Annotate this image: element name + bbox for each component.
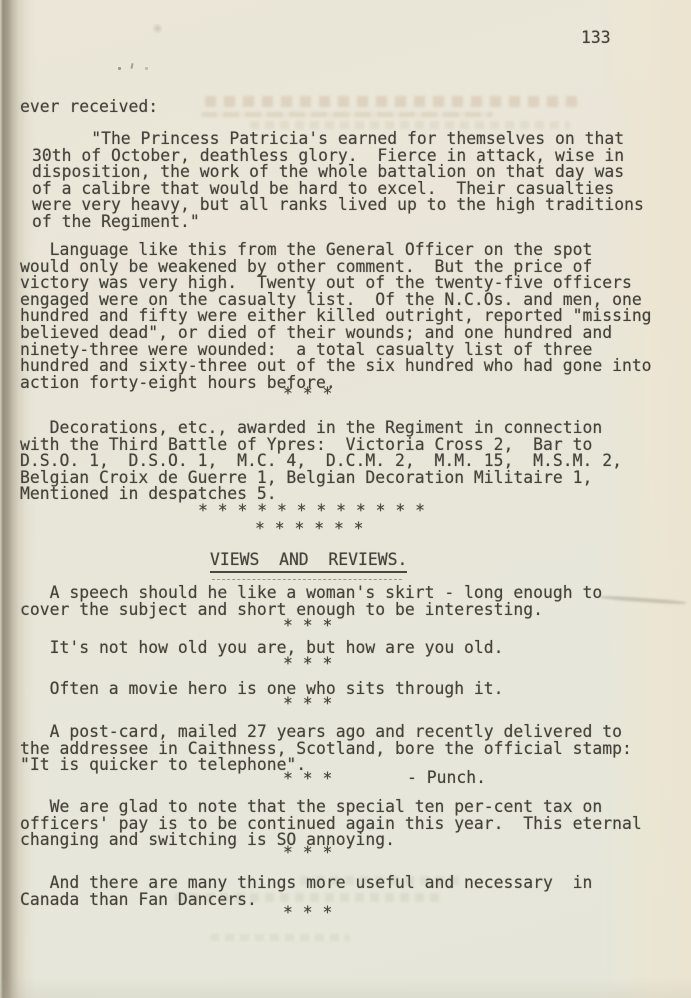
postcard-quip: A post-card, mailed 27 years ago and rec… [20,724,632,774]
bleed-through-asterisks [210,934,350,941]
asterisk-separator-5: * * * [283,771,332,788]
ink-speck [118,67,121,70]
tax-quip: We are glad to note that the special ten… [20,799,642,849]
intro-line: ever received: [20,99,158,116]
casualties-paragraph: Language like this from the General Offi… [20,242,652,391]
ink-speck [145,67,148,70]
asterisk-separator-3: * * * [283,656,332,673]
asterisk-divider-short: * * * * * * [255,521,364,538]
bleed-through-title [205,96,577,107]
asterisk-separator-2: * * * [283,618,332,635]
ink-speck [130,63,133,69]
age-quip: It's not how old you are, but how are yo… [20,640,504,657]
asterisk-separator-4: * * * [283,696,332,713]
document-page: 133 ever received: "The Princess Patrici… [0,0,691,998]
bleed-through-underline [201,112,493,117]
heading-underline [212,579,402,580]
decorations-paragraph: Decorations, etc., awarded in the Regime… [20,420,622,503]
general-officer-quote: "The Princess Patricia's earned for them… [32,131,644,231]
bleed-through-line [250,121,570,129]
asterisk-separator-1: * * * [283,386,332,403]
asterisk-divider-long: * * * * * * * * * * * * [198,503,425,520]
paper-smudge [152,23,163,34]
asterisk-separator-7: * * * [283,905,332,922]
section-heading: VIEWS AND REVIEWS. [210,552,407,573]
speech-quip: A speech should he like a woman's skirt … [20,585,602,618]
bottom-edge-shade [0,976,691,998]
asterisk-separator-6: * * * [283,845,332,862]
movie-quip: Often a movie hero is one who sits throu… [20,681,504,698]
page-number: 133 [581,30,611,47]
punch-attribution: - Punch. [407,770,486,787]
